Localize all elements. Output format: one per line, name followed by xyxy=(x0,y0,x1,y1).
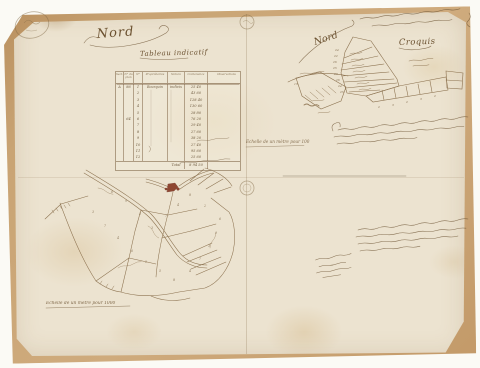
table-body: A861Bourquinindivis25 40243 603128 40413… xyxy=(116,84,240,161)
table-header-nature: Nature xyxy=(168,72,185,83)
table-header-contenance: Contenance xyxy=(185,72,208,83)
horizontal-fold-crease xyxy=(18,177,464,178)
table-row: 1225 60 xyxy=(116,154,240,160)
table-total-row: Total 8 94 50 xyxy=(116,161,240,170)
table-header-proprietaires: Propriétaires xyxy=(143,72,168,83)
table-total-value: 8 94 50 xyxy=(185,162,208,168)
table-header-section: Sect. xyxy=(116,72,124,83)
table-header-plan: N° du plan xyxy=(124,72,134,83)
table-header-num: N° xyxy=(134,72,143,83)
table-total-label: Total xyxy=(168,162,185,168)
scanned-map-document: { "labels": { "nord_main": "Nord", "nord… xyxy=(0,0,480,368)
table-header-row: Sect. N° du plan N° Propriétaires Nature… xyxy=(116,72,240,84)
vertical-fold-crease xyxy=(246,14,247,354)
paper-sheet xyxy=(14,12,466,356)
table-header-observations: Observations xyxy=(208,72,245,83)
tableau-indicatif: Sect. N° du plan N° Propriétaires Nature… xyxy=(115,71,241,171)
